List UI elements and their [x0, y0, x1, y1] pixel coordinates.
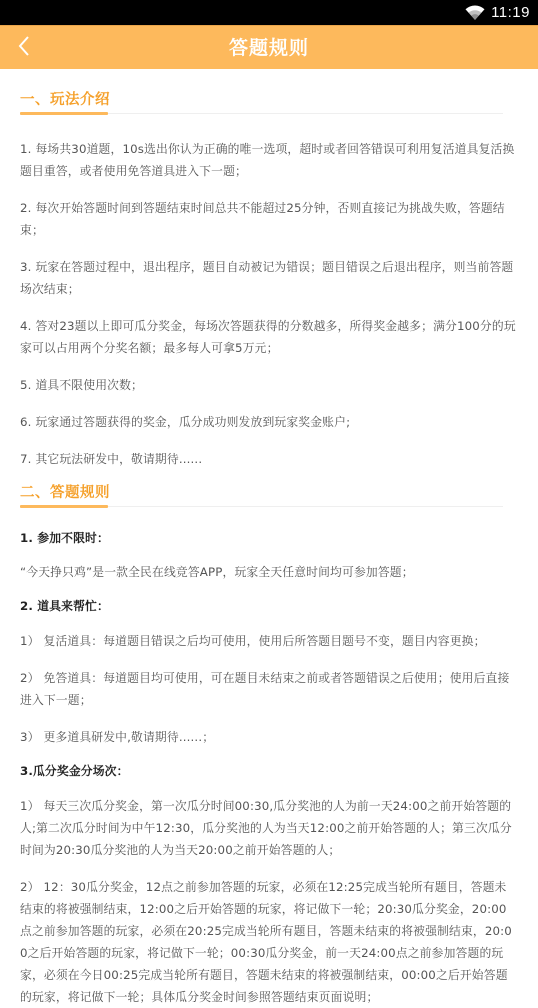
rule-paragraph: 4. 答对23题以上即可瓜分奖金，每场次答题获得的分数越多，所得奖金越多；满分1…	[20, 315, 518, 359]
section-heading-answer-rules: 二、答题规则	[20, 476, 518, 520]
rule-paragraph: 1） 每天三次瓜分奖金，第一次瓜分时间00:30,瓜分奖池的人为前一天24:00…	[20, 795, 518, 861]
rule-paragraph: 5. 道具不限使用次数；	[20, 374, 518, 396]
app-header: 答题规则	[0, 25, 538, 69]
rule-subheading: 2. 道具来帮忙：	[20, 595, 518, 617]
rule-paragraph: 2） 免答道具：每道题目均可使用，可在题目未结束之前或者答题错误之后使用；使用后…	[20, 667, 518, 711]
rule-paragraph: 1. 每场共30道题，10s选出你认为正确的唯一选项，超时或者回答错误可利用复活…	[20, 138, 518, 182]
rule-subheading: 1. 参加不限时：	[20, 527, 518, 549]
section-title: 二、答题规则	[20, 481, 110, 502]
heading-underline	[20, 505, 108, 508]
status-bar: 11:19	[0, 0, 538, 25]
rule-paragraph: “今天挣只鸡”是一款全民在线竞答APP，玩家全天任意时间均可参加答题；	[20, 561, 518, 583]
rule-paragraph: 3. 玩家在答题过程中，退出程序，题目自动被记为错误；题目错误之后退出程序，则当…	[20, 256, 518, 300]
rule-paragraph: 2. 每次开始答题时间到答题结束时间总共不能超过25分钟，否则直接记为挑战失败，…	[20, 197, 518, 241]
rule-paragraph: 3） 更多道具研发中,敬请期待......；	[20, 726, 518, 748]
wifi-icon	[465, 5, 485, 21]
rule-paragraph: 6. 玩家通过答题获得的奖金，瓜分成功则发放到玩家奖金账户;	[20, 411, 518, 433]
section-title: 一、玩法介绍	[20, 88, 110, 109]
rule-paragraph: 1） 复活道具：每道题目错误之后均可使用，使用后所答题目题号不变，题目内容更换；	[20, 630, 518, 652]
rules-content: 一、玩法介绍 1. 每场共30道题，10s选出你认为正确的唯一选项，超时或者回答…	[0, 69, 538, 956]
status-indicators: 11:19	[465, 2, 530, 23]
status-time: 11:19	[491, 4, 530, 21]
page-title: 答题规则	[0, 26, 538, 70]
rule-paragraph: 2） 12：30瓜分奖金，12点之前参加答题的玩家，必须在12:25完成当轮所有…	[20, 876, 518, 956]
rule-paragraph: 7. 其它玩法研发中，敬请期待......	[20, 448, 518, 470]
heading-underline	[20, 112, 108, 115]
section-heading-gameplay: 一、玩法介绍	[20, 83, 518, 127]
rule-subheading: 3.瓜分奖金分场次：	[20, 760, 518, 782]
